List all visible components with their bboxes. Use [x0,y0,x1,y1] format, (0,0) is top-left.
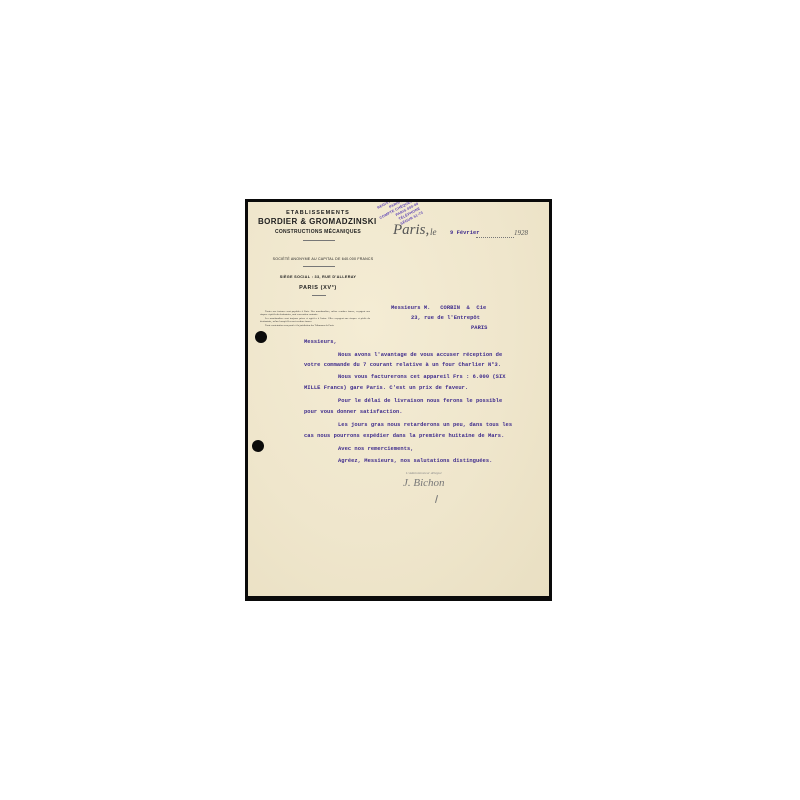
terms-paragraph: Toutes nos factures sont payables à Pari… [260,310,370,316]
punch-hole [252,440,264,452]
date-day-month: 9 Février [450,230,480,236]
body-line: Les jours gras nous retarderons un peu, … [338,422,512,428]
terms-paragraph: Toute contestation sera portée à la juri… [260,324,370,327]
body-line: Pour le délai de livraison nous ferons l… [338,398,502,404]
body-line: Nous avons l'avantage de vous accuser ré… [338,352,502,358]
recipient-street: 23, rue de l'Entrepôt [411,315,480,321]
date-year: 1928 [514,229,528,237]
body-line: Agréez, Messieurs, nos salutations disti… [338,458,492,464]
date-dotted-line [476,237,514,238]
letterhead-city: PARIS (XV°) [248,285,388,291]
letter-page: ETABLISSEMENTS BORDIER & GROMADZINSKI CO… [248,202,549,596]
recipient-name: Messieurs M. CORBIN & Cie [391,305,486,311]
signature-flourish [435,495,438,503]
body-line: votre commande du 7 courant relative à u… [304,362,501,368]
letterhead-capital: SOCIÉTÉ ANONYME AU CAPITAL DE 640.000 FR… [258,257,388,261]
letterhead-divider [303,266,335,267]
terms-fine-print: Toutes nos factures sont payables à Pari… [260,310,370,328]
punch-hole [255,331,267,343]
recipient-city: PARIS [471,325,487,331]
letterhead-subtitle: CONSTRUCTIONS MÉCANIQUES [248,229,388,235]
letterhead-divider [303,240,335,241]
terms-paragraph: Les marchandises sont toujours prises et… [260,317,370,323]
salutation: Messieurs, [304,339,337,345]
body-line: Avec nos remerciements, [338,446,414,452]
body-line: Nous vous facturerons cet appareil Frs :… [338,374,506,380]
body-line: pour vous donner satisfaction. [304,409,403,415]
handwritten-signature: J. Bichon [403,477,445,489]
letterhead-address: SIÈGE SOCIAL : 33, RUE D'ALLERAY [248,275,388,279]
body-line: cas nous pourrons expédier dans la premi… [304,433,504,439]
date-place: Paris, [393,222,429,239]
signatory-title: L'Administrateur délégué [406,471,442,475]
body-line: MILLE Francs) gare Paris. C'est un prix … [304,385,468,391]
date-le: le [430,227,437,237]
letterhead-divider [312,295,326,296]
